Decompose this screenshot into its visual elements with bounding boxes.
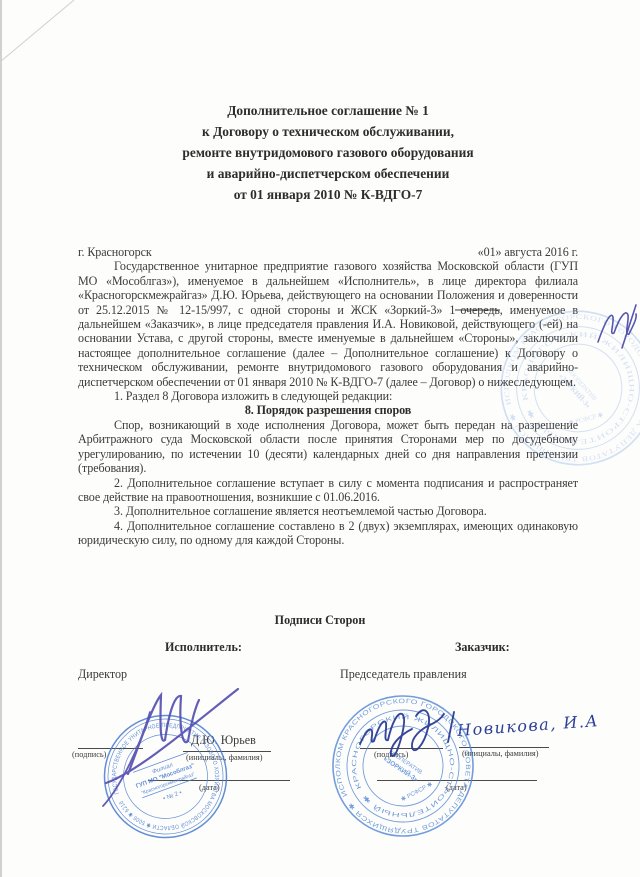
page-corner-fold xyxy=(0,0,74,62)
struck-out-word: очередь xyxy=(455,303,499,317)
title-line: и аварийно-диспетчерском обеспечении xyxy=(78,163,578,184)
customer-handwritten-name: Новикова, И.А xyxy=(457,711,600,740)
clause-3: 3. Дополнительное соглашение является не… xyxy=(78,504,578,518)
executor-position-title: Директор xyxy=(78,667,127,681)
executor-party-label: Исполнитель: xyxy=(165,640,242,654)
signatures-heading: Подписи Сторон xyxy=(0,613,640,627)
document-title: Дополнительное соглашение № 1 к Договору… xyxy=(78,0,578,205)
customer-seal-stamp: ИСПОЛКОМ КРАСНОГОРСКОГО ГОРОДСКОГО СОВЕТ… xyxy=(330,693,476,839)
customer-stamp-rsfsr: ✱ РСФСР ✱ xyxy=(400,781,434,803)
clause-4: 4. Дополнительное соглашение составлено … xyxy=(78,519,578,548)
city-label: г. Красногорск xyxy=(78,245,152,259)
title-line: ремонте внутридомового газового оборудов… xyxy=(78,142,578,163)
faint-seal-stamp xyxy=(498,308,640,468)
customer-position-title: Председатель правления xyxy=(340,667,467,681)
executor-stamp-number: • № 2 • xyxy=(162,789,183,802)
customer-party-label: Заказчик: xyxy=(455,640,510,654)
city-date-row: г. Красногорск «01» августа 2016 г. xyxy=(78,245,578,259)
title-line: Дополнительное соглашение № 1 xyxy=(78,100,578,121)
clause-2: 2. Дополнительное соглашение вступает в … xyxy=(78,476,578,505)
title-line: от 01 января 2010 № К-ВДГО-7 xyxy=(78,184,578,205)
date-label: «01» августа 2016 г. xyxy=(478,245,578,259)
scanned-document-page: Дополнительное соглашение № 1 к Договору… xyxy=(0,0,640,877)
title-line: к Договору о техническом обслуживании, xyxy=(78,121,578,142)
executor-seal-stamp: ГОСУДАРСТВЕННОЕ УНИТАРНОЕ ПРЕДПРИЯТИЕ ГА… xyxy=(102,713,229,840)
